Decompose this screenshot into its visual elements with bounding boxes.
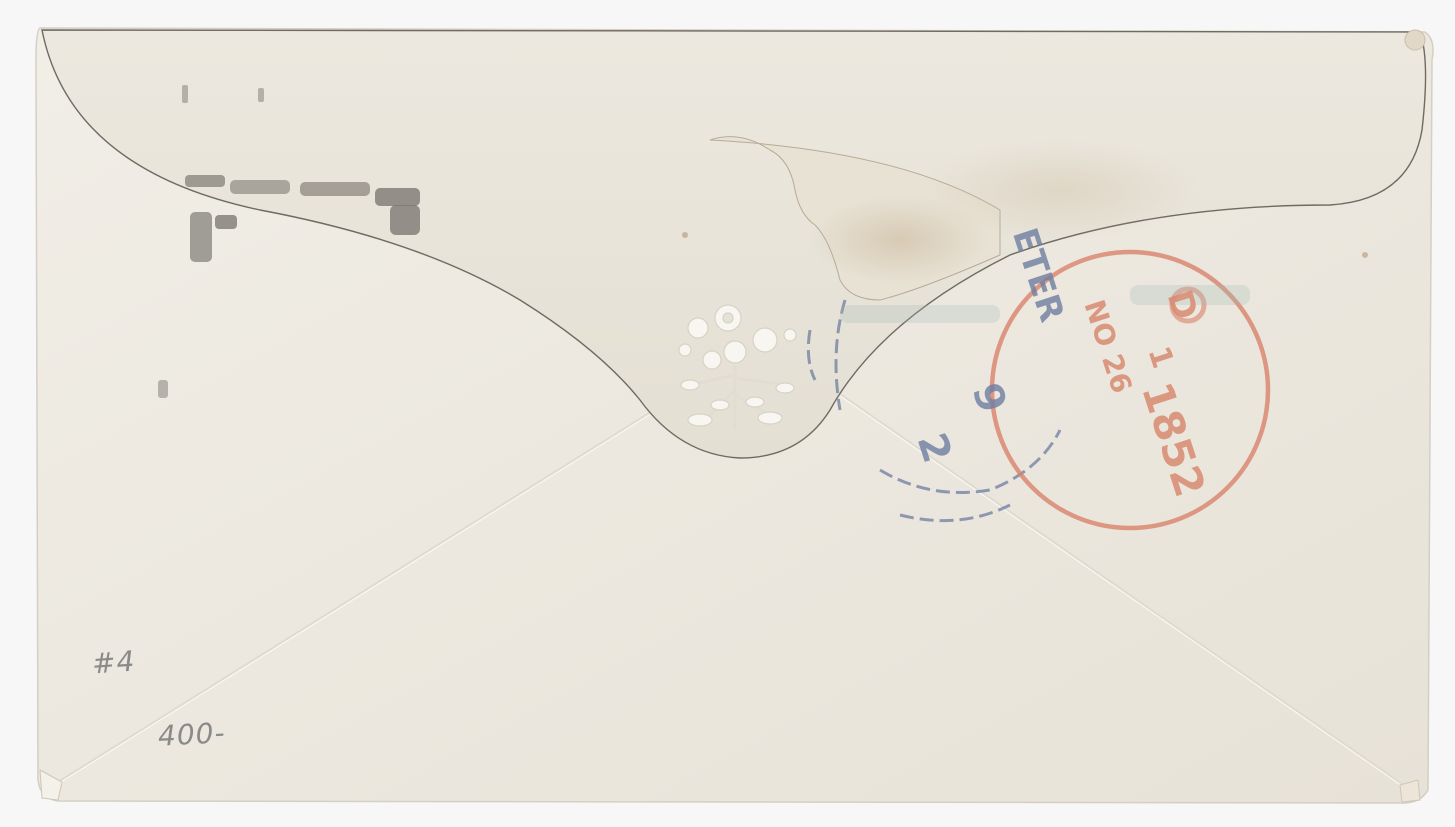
envelope-graphic <box>0 0 1455 827</box>
envelope-scene: ETER 9 2 D 1 NO 26 1852 #4 400- <box>0 0 1455 827</box>
pencil-note-number: #4 <box>91 645 136 681</box>
pencil-note-price: 400- <box>157 716 226 752</box>
